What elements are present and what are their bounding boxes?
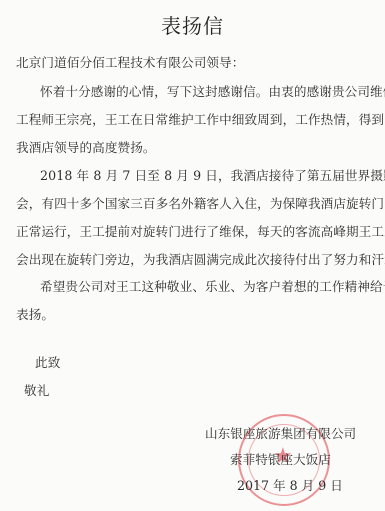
closing-jing-li: 敬礼 bbox=[24, 380, 49, 399]
signature-date: 2017 年 8 月 9 日 bbox=[237, 475, 343, 494]
paragraph-3-line-2: 表扬。 bbox=[16, 304, 54, 323]
paragraph-1-line-3: 我酒店领导的高度赞扬。 bbox=[16, 137, 156, 156]
letter-title: 表扬信 bbox=[0, 10, 385, 39]
signature-hotel: 索菲特银座大饭店 bbox=[230, 449, 331, 468]
paragraph-1-line-1: 怀着十分感谢的心情，写下这封感谢信。由衷的感谢贵公司维保 bbox=[40, 81, 385, 100]
paragraph-2-line-4: 会出现在旋转门旁边，为我酒店圆满完成此次接待付出了努力和汗水。 bbox=[16, 249, 385, 268]
signature-company: 山东银座旅游集团有限公司 bbox=[205, 423, 356, 442]
letter-page: 表扬信 北京门道佰分佰工程技术有限公司领导： 怀着十分感谢的心情，写下这封感谢信… bbox=[0, 0, 385, 511]
paragraph-2-line-3: 正常运行，王工提前对旋转门进行了维保，每天的客流高峰期王工总 bbox=[16, 221, 385, 240]
paragraph-2-line-2: 会，有四十多个国家三百多名外籍客人入住，为保障我酒店旋转门的 bbox=[16, 193, 385, 212]
paragraph-1-line-2: 工程师王宗亮，王工在日常维护工作中细致周到，工作热情，得到了 bbox=[16, 109, 385, 128]
closing-ci-zhi: 此致 bbox=[35, 352, 60, 371]
paragraph-3-line-1: 希望贵公司对王工这种敬业、乐业、为客户着想的工作精神给予 bbox=[40, 276, 385, 295]
salutation: 北京门道佰分佰工程技术有限公司领导： bbox=[16, 52, 245, 71]
paragraph-2-line-1: 2018 年 8 月 7 日至 8 月 9 日，我酒店接待了第五届世界摄影大 bbox=[40, 165, 385, 184]
